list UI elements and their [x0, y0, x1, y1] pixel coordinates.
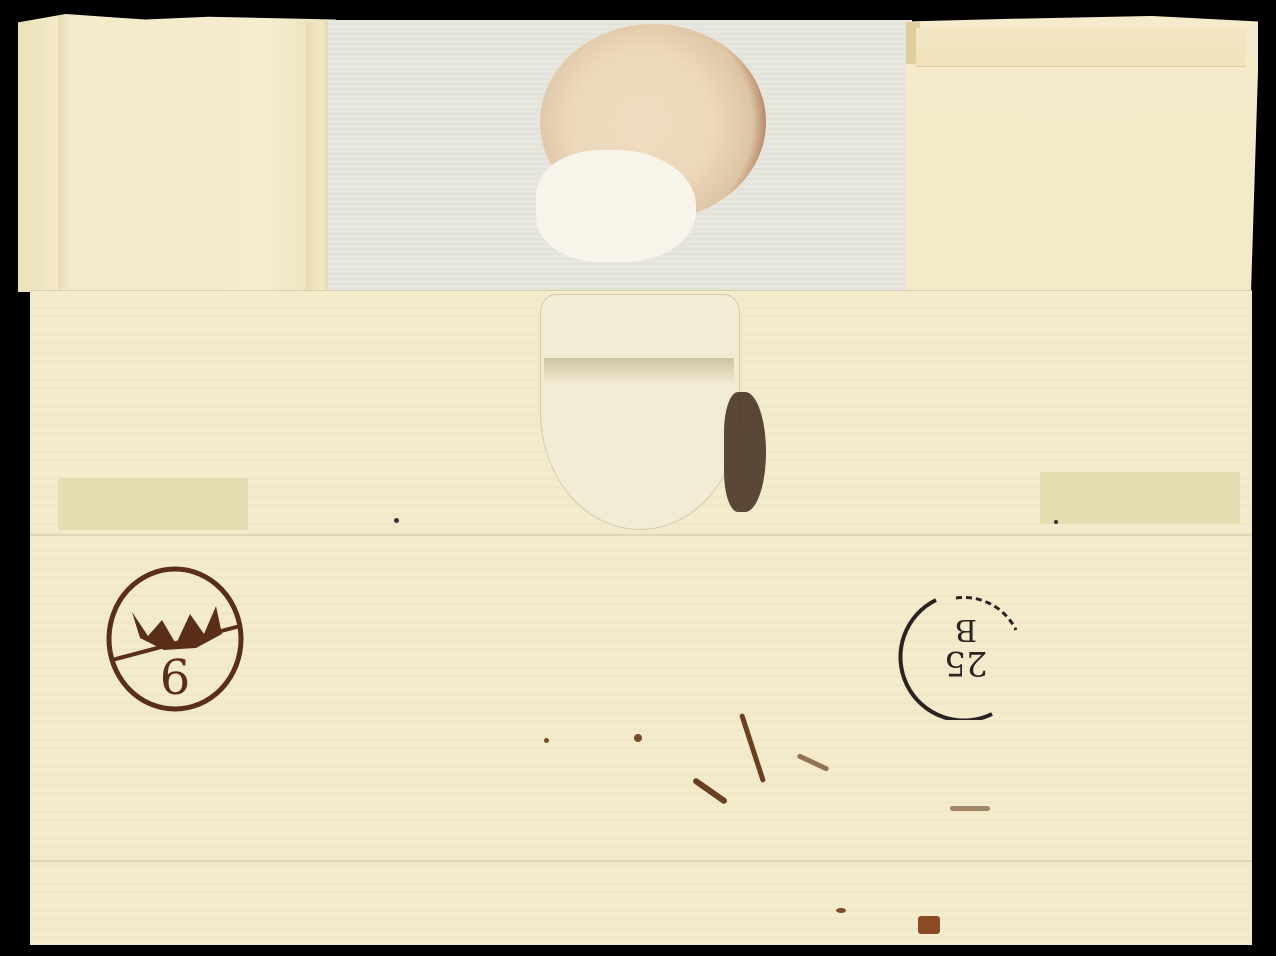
lower-seal-tear [540, 294, 740, 530]
folded-edge [916, 28, 1246, 67]
ink-spot [1054, 520, 1058, 524]
date-stamp-letter: B [955, 612, 977, 647]
crown-mark-value: 6 [160, 650, 191, 706]
tape-residue-left [58, 478, 248, 530]
top-right-flap [906, 16, 1258, 294]
ink-spot [544, 738, 549, 743]
lower-seal-band [544, 358, 734, 382]
crease [58, 14, 72, 292]
ink-spot [918, 916, 940, 934]
fold-line [30, 534, 1252, 536]
fold-line [30, 860, 1252, 862]
lower-wax-residue [724, 392, 766, 512]
ink-spot [394, 518, 399, 523]
crown-handstamp: 6 6 [104, 564, 246, 714]
tape-residue-right [1040, 472, 1240, 524]
ink-spot [634, 734, 642, 742]
crown-icon: 6 [104, 564, 246, 714]
upper-seal-torn-paper [536, 150, 696, 262]
date-handstamp: B 25 25 [896, 590, 1022, 720]
ink-smudge [950, 806, 990, 811]
date-stamp-ring: B 25 [896, 590, 1022, 720]
top-left-flap [18, 14, 336, 292]
letter-photo: 6 6 B 25 25 [0, 0, 1276, 956]
ink-spot [836, 908, 846, 913]
date-stamp-day: 25 [944, 643, 987, 683]
